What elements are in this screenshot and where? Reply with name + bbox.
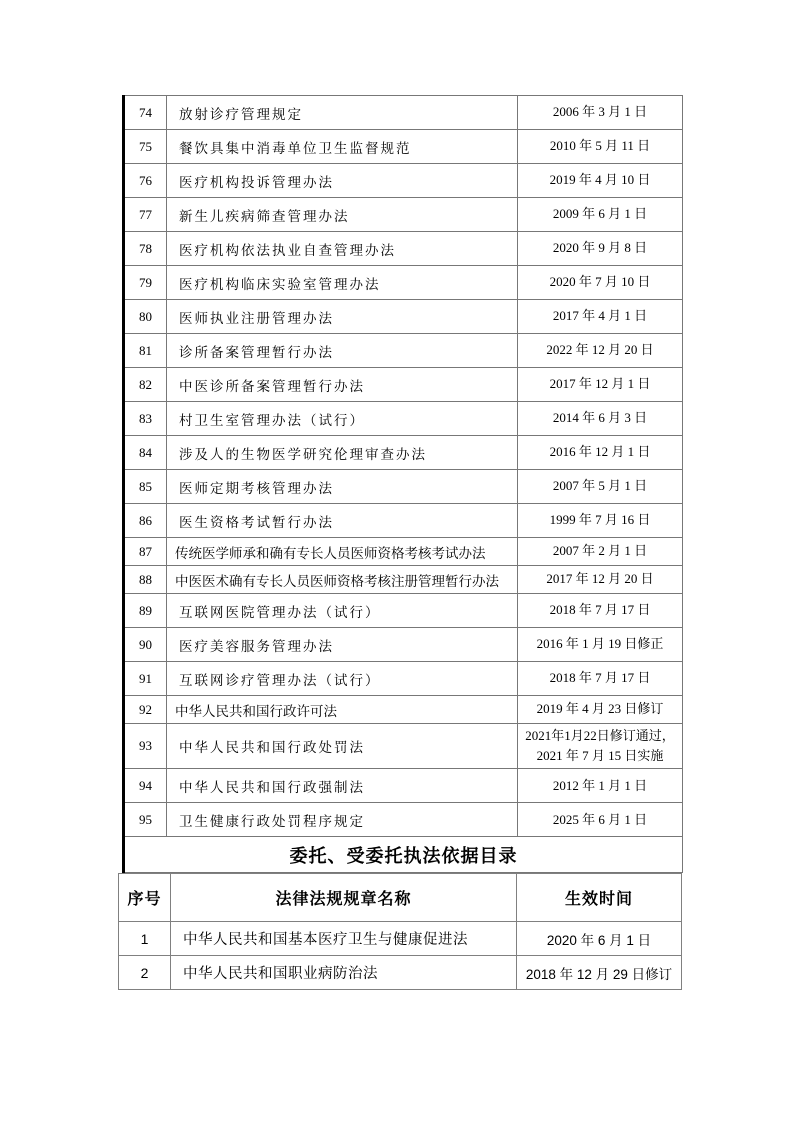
law-name-cell: 新生儿疾病筛查管理办法: [167, 198, 518, 232]
row-number-cell: 85: [124, 470, 167, 504]
row-number-cell: 80: [124, 300, 167, 334]
row-number-cell: 78: [124, 232, 167, 266]
effective-date-cell: 2018 年 12 月 29 日修订: [517, 956, 682, 990]
row-number-cell: 2: [119, 956, 171, 990]
table-row: 1中华人民共和国基本医疗卫生与健康促进法2020 年 6 月 1 日: [119, 922, 682, 956]
table-row: 76医疗机构投诉管理办法2019 年 4 月 10 日: [124, 164, 683, 198]
law-name-cell: 医疗机构临床实验室管理办法: [167, 266, 518, 300]
law-name-cell: 涉及人的生物医学研究伦理审查办法: [167, 436, 518, 470]
law-name-cell: 医疗机构依法执业自查管理办法: [167, 232, 518, 266]
row-number-cell: 82: [124, 368, 167, 402]
table-row: 92中华人民共和国行政许可法2019 年 4 月 23 日修订: [124, 696, 683, 724]
effective-date-cell: 2020 年 6 月 1 日: [517, 922, 682, 956]
law-name-cell: 放射诊疗管理规定: [167, 96, 518, 130]
law-name-cell: 中华人民共和国行政许可法: [167, 696, 518, 724]
effective-date-cell: 2009 年 6 月 1 日: [518, 198, 683, 232]
table-row: 93中华人民共和国行政处罚法2021年1月22日修订通过， 2021 年 7 月…: [124, 724, 683, 769]
table-row: 84涉及人的生物医学研究伦理审查办法2016 年 12 月 1 日: [124, 436, 683, 470]
law-name-cell: 医生资格考试暂行办法: [167, 504, 518, 538]
delegated-rows: 1中华人民共和国基本医疗卫生与健康促进法2020 年 6 月 1 日2中华人民共…: [119, 922, 682, 990]
laws-directory-table-continued: 74放射诊疗管理规定2006 年 3 月 1 日75餐饮具集中消毒单位卫生监督规…: [122, 95, 683, 873]
table-row: 86医生资格考试暂行办法1999 年 7 月 16 日: [124, 504, 683, 538]
table-row: 83村卫生室管理办法（试行）2014 年 6 月 3 日: [124, 402, 683, 436]
effective-date-cell: 2020 年 7 月 10 日: [518, 266, 683, 300]
row-number-cell: 90: [124, 628, 167, 662]
table-row: 74放射诊疗管理规定2006 年 3 月 1 日: [124, 96, 683, 130]
row-number-cell: 92: [124, 696, 167, 724]
row-number-cell: 75: [124, 130, 167, 164]
table-row: 79医疗机构临床实验室管理办法2020 年 7 月 10 日: [124, 266, 683, 300]
row-number-cell: 86: [124, 504, 167, 538]
law-name-cell: 餐饮具集中消毒单位卫生监督规范: [167, 130, 518, 164]
effective-date-cell: 2018 年 7 月 17 日: [518, 662, 683, 696]
row-number-cell: 77: [124, 198, 167, 232]
effective-date-cell: 2025 年 6 月 1 日: [518, 803, 683, 837]
delegated-section-title: 委托、受委托执法依据目录: [124, 837, 683, 873]
row-number-cell: 83: [124, 402, 167, 436]
law-name-cell: 医师定期考核管理办法: [167, 470, 518, 504]
row-number-cell: 95: [124, 803, 167, 837]
law-name-cell: 中华人民共和国职业病防治法: [171, 956, 517, 990]
table-row: 78医疗机构依法执业自查管理办法2020 年 9 月 8 日: [124, 232, 683, 266]
law-name-cell: 医疗美容服务管理办法: [167, 628, 518, 662]
law-name-cell: 医疗机构投诉管理办法: [167, 164, 518, 198]
effective-date-cell: 2020 年 9 月 8 日: [518, 232, 683, 266]
effective-date-cell: 2018 年 7 月 17 日: [518, 594, 683, 628]
row-number-cell: 74: [124, 96, 167, 130]
table-row: 90医疗美容服务管理办法2016 年 1 月 19 日修正: [124, 628, 683, 662]
row-number-cell: 87: [124, 538, 167, 566]
law-name-cell: 村卫生室管理办法（试行）: [167, 402, 518, 436]
table-row: 80医师执业注册管理办法2017 年 4 月 1 日: [124, 300, 683, 334]
effective-date-cell: 2019 年 4 月 23 日修订: [518, 696, 683, 724]
law-name-cell: 中华人民共和国基本医疗卫生与健康促进法: [171, 922, 517, 956]
row-number-cell: 94: [124, 769, 167, 803]
effective-date-cell: 2016 年 1 月 19 日修正: [518, 628, 683, 662]
row-number-cell: 81: [124, 334, 167, 368]
row-number-cell: 79: [124, 266, 167, 300]
row-number-cell: 89: [124, 594, 167, 628]
row-number-cell: 91: [124, 662, 167, 696]
effective-date-cell: 2006 年 3 月 1 日: [518, 96, 683, 130]
table-row: 88中医医术确有专长人员医师资格考核注册管理暂行办法2017 年 12 月 20…: [124, 566, 683, 594]
row-number-cell: 1: [119, 922, 171, 956]
law-name-cell: 互联网医院管理办法（试行）: [167, 594, 518, 628]
table-row: 85医师定期考核管理办法2007 年 5 月 1 日: [124, 470, 683, 504]
section-title-row: 委托、受委托执法依据目录: [124, 837, 683, 873]
row-number-cell: 84: [124, 436, 167, 470]
law-name-cell: 中华人民共和国行政强制法: [167, 769, 518, 803]
table-row: 87传统医学师承和确有专长人员医师资格考核考试办法2007 年 2 月 1 日: [124, 538, 683, 566]
row-number-cell: 76: [124, 164, 167, 198]
row-number-cell: 93: [124, 724, 167, 769]
law-name-cell: 中医医术确有专长人员医师资格考核注册管理暂行办法: [167, 566, 518, 594]
effective-date-cell: 2012 年 1 月 1 日: [518, 769, 683, 803]
delegated-enforcement-table: 序号 法律法规规章名称 生效时间 1中华人民共和国基本医疗卫生与健康促进法202…: [118, 873, 682, 990]
effective-date-cell: 2014 年 6 月 3 日: [518, 402, 683, 436]
table-row: 91互联网诊疗管理办法（试行）2018 年 7 月 17 日: [124, 662, 683, 696]
effective-date-cell: 2017 年 12 月 20 日: [518, 566, 683, 594]
law-name-cell: 医师执业注册管理办法: [167, 300, 518, 334]
effective-date-cell: 2021年1月22日修订通过， 2021 年 7 月 15 日实施: [518, 724, 683, 769]
law-name-cell: 中医诊所备案管理暂行办法: [167, 368, 518, 402]
column-header-law-name: 法律法规规章名称: [171, 874, 517, 922]
header-row: 序号 法律法规规章名称 生效时间: [119, 874, 682, 922]
laws-rows: 74放射诊疗管理规定2006 年 3 月 1 日75餐饮具集中消毒单位卫生监督规…: [124, 96, 683, 837]
table-row: 81诊所备案管理暂行办法2022 年 12 月 20 日: [124, 334, 683, 368]
row-number-cell: 88: [124, 566, 167, 594]
table-row: 77新生儿疾病筛查管理办法2009 年 6 月 1 日: [124, 198, 683, 232]
effective-date-cell: 2007 年 2 月 1 日: [518, 538, 683, 566]
effective-date-cell: 2016 年 12 月 1 日: [518, 436, 683, 470]
column-header-effective-date: 生效时间: [517, 874, 682, 922]
table-row: 2中华人民共和国职业病防治法2018 年 12 月 29 日修订: [119, 956, 682, 990]
effective-date-cell: 2007 年 5 月 1 日: [518, 470, 683, 504]
law-name-cell: 互联网诊疗管理办法（试行）: [167, 662, 518, 696]
law-name-cell: 卫生健康行政处罚程序规定: [167, 803, 518, 837]
document-page: 74放射诊疗管理规定2006 年 3 月 1 日75餐饮具集中消毒单位卫生监督规…: [0, 0, 793, 1122]
law-name-cell: 中华人民共和国行政处罚法: [167, 724, 518, 769]
table-row: 82中医诊所备案管理暂行办法2017 年 12 月 1 日: [124, 368, 683, 402]
table-row: 95卫生健康行政处罚程序规定2025 年 6 月 1 日: [124, 803, 683, 837]
effective-date-cell: 2010 年 5 月 11 日: [518, 130, 683, 164]
table-row: 89互联网医院管理办法（试行）2018 年 7 月 17 日: [124, 594, 683, 628]
table-row: 75餐饮具集中消毒单位卫生监督规范2010 年 5 月 11 日: [124, 130, 683, 164]
effective-date-cell: 2017 年 4 月 1 日: [518, 300, 683, 334]
column-header-number: 序号: [119, 874, 171, 922]
effective-date-cell: 1999 年 7 月 16 日: [518, 504, 683, 538]
effective-date-cell: 2022 年 12 月 20 日: [518, 334, 683, 368]
effective-date-cell: 2019 年 4 月 10 日: [518, 164, 683, 198]
delegated-table-header: 序号 法律法规规章名称 生效时间: [119, 874, 682, 922]
law-name-cell: 传统医学师承和确有专长人员医师资格考核考试办法: [167, 538, 518, 566]
section-title-row-group: 委托、受委托执法依据目录: [124, 837, 683, 873]
effective-date-cell: 2017 年 12 月 1 日: [518, 368, 683, 402]
law-name-cell: 诊所备案管理暂行办法: [167, 334, 518, 368]
table-row: 94中华人民共和国行政强制法2012 年 1 月 1 日: [124, 769, 683, 803]
